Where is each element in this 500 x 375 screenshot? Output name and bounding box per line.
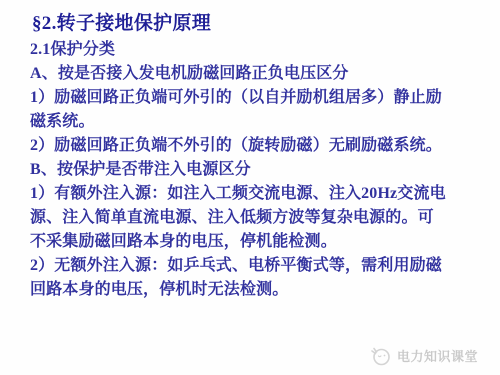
body-line: 磁系统。 — [30, 110, 482, 134]
brand-name: 电力知识课堂 — [397, 346, 478, 365]
body-line: 1）励磁回路正负端可外引的（以自并励机组居多）静止励 — [30, 86, 482, 110]
slide-body-text: 2.1保护分类 A、按是否接入发电机励磁回路正负电压区分 1）励磁回路正负端可外… — [30, 38, 482, 302]
body-line: 回路本身的电压，停机时无法检测。 — [30, 278, 482, 302]
body-line: 不采集励磁回路本身的电压，停机能检测。 — [30, 230, 482, 254]
body-line: A、按是否接入发电机励磁回路正负电压区分 — [30, 62, 482, 86]
body-line: 1）有额外注入源：如注入工频交流电源、注入20Hz交流电 — [30, 182, 482, 206]
body-line: 源、注入简单直流电源、注入低频方波等复杂电源的。可 — [30, 206, 482, 230]
presentation-slide: §2.转子接地保护原理 2.1保护分类 A、按是否接入发电机励磁回路正负电压区分… — [0, 0, 500, 375]
body-line: 2）无额外注入源：如乒乓式、电桥平衡式等，需利用励磁 — [30, 254, 482, 278]
body-line: 2）励磁回路正负端不外引的（旋转励磁）无刷励磁系统。 — [30, 134, 482, 158]
body-line: 2.1保护分类 — [30, 38, 482, 62]
brand-watermark: 电力知识课堂 — [369, 345, 478, 366]
slide-title: §2.转子接地保护原理 — [32, 8, 211, 35]
body-line: B、按保护是否带注入电源区分 — [30, 158, 482, 182]
brand-logo-icon — [369, 345, 392, 366]
